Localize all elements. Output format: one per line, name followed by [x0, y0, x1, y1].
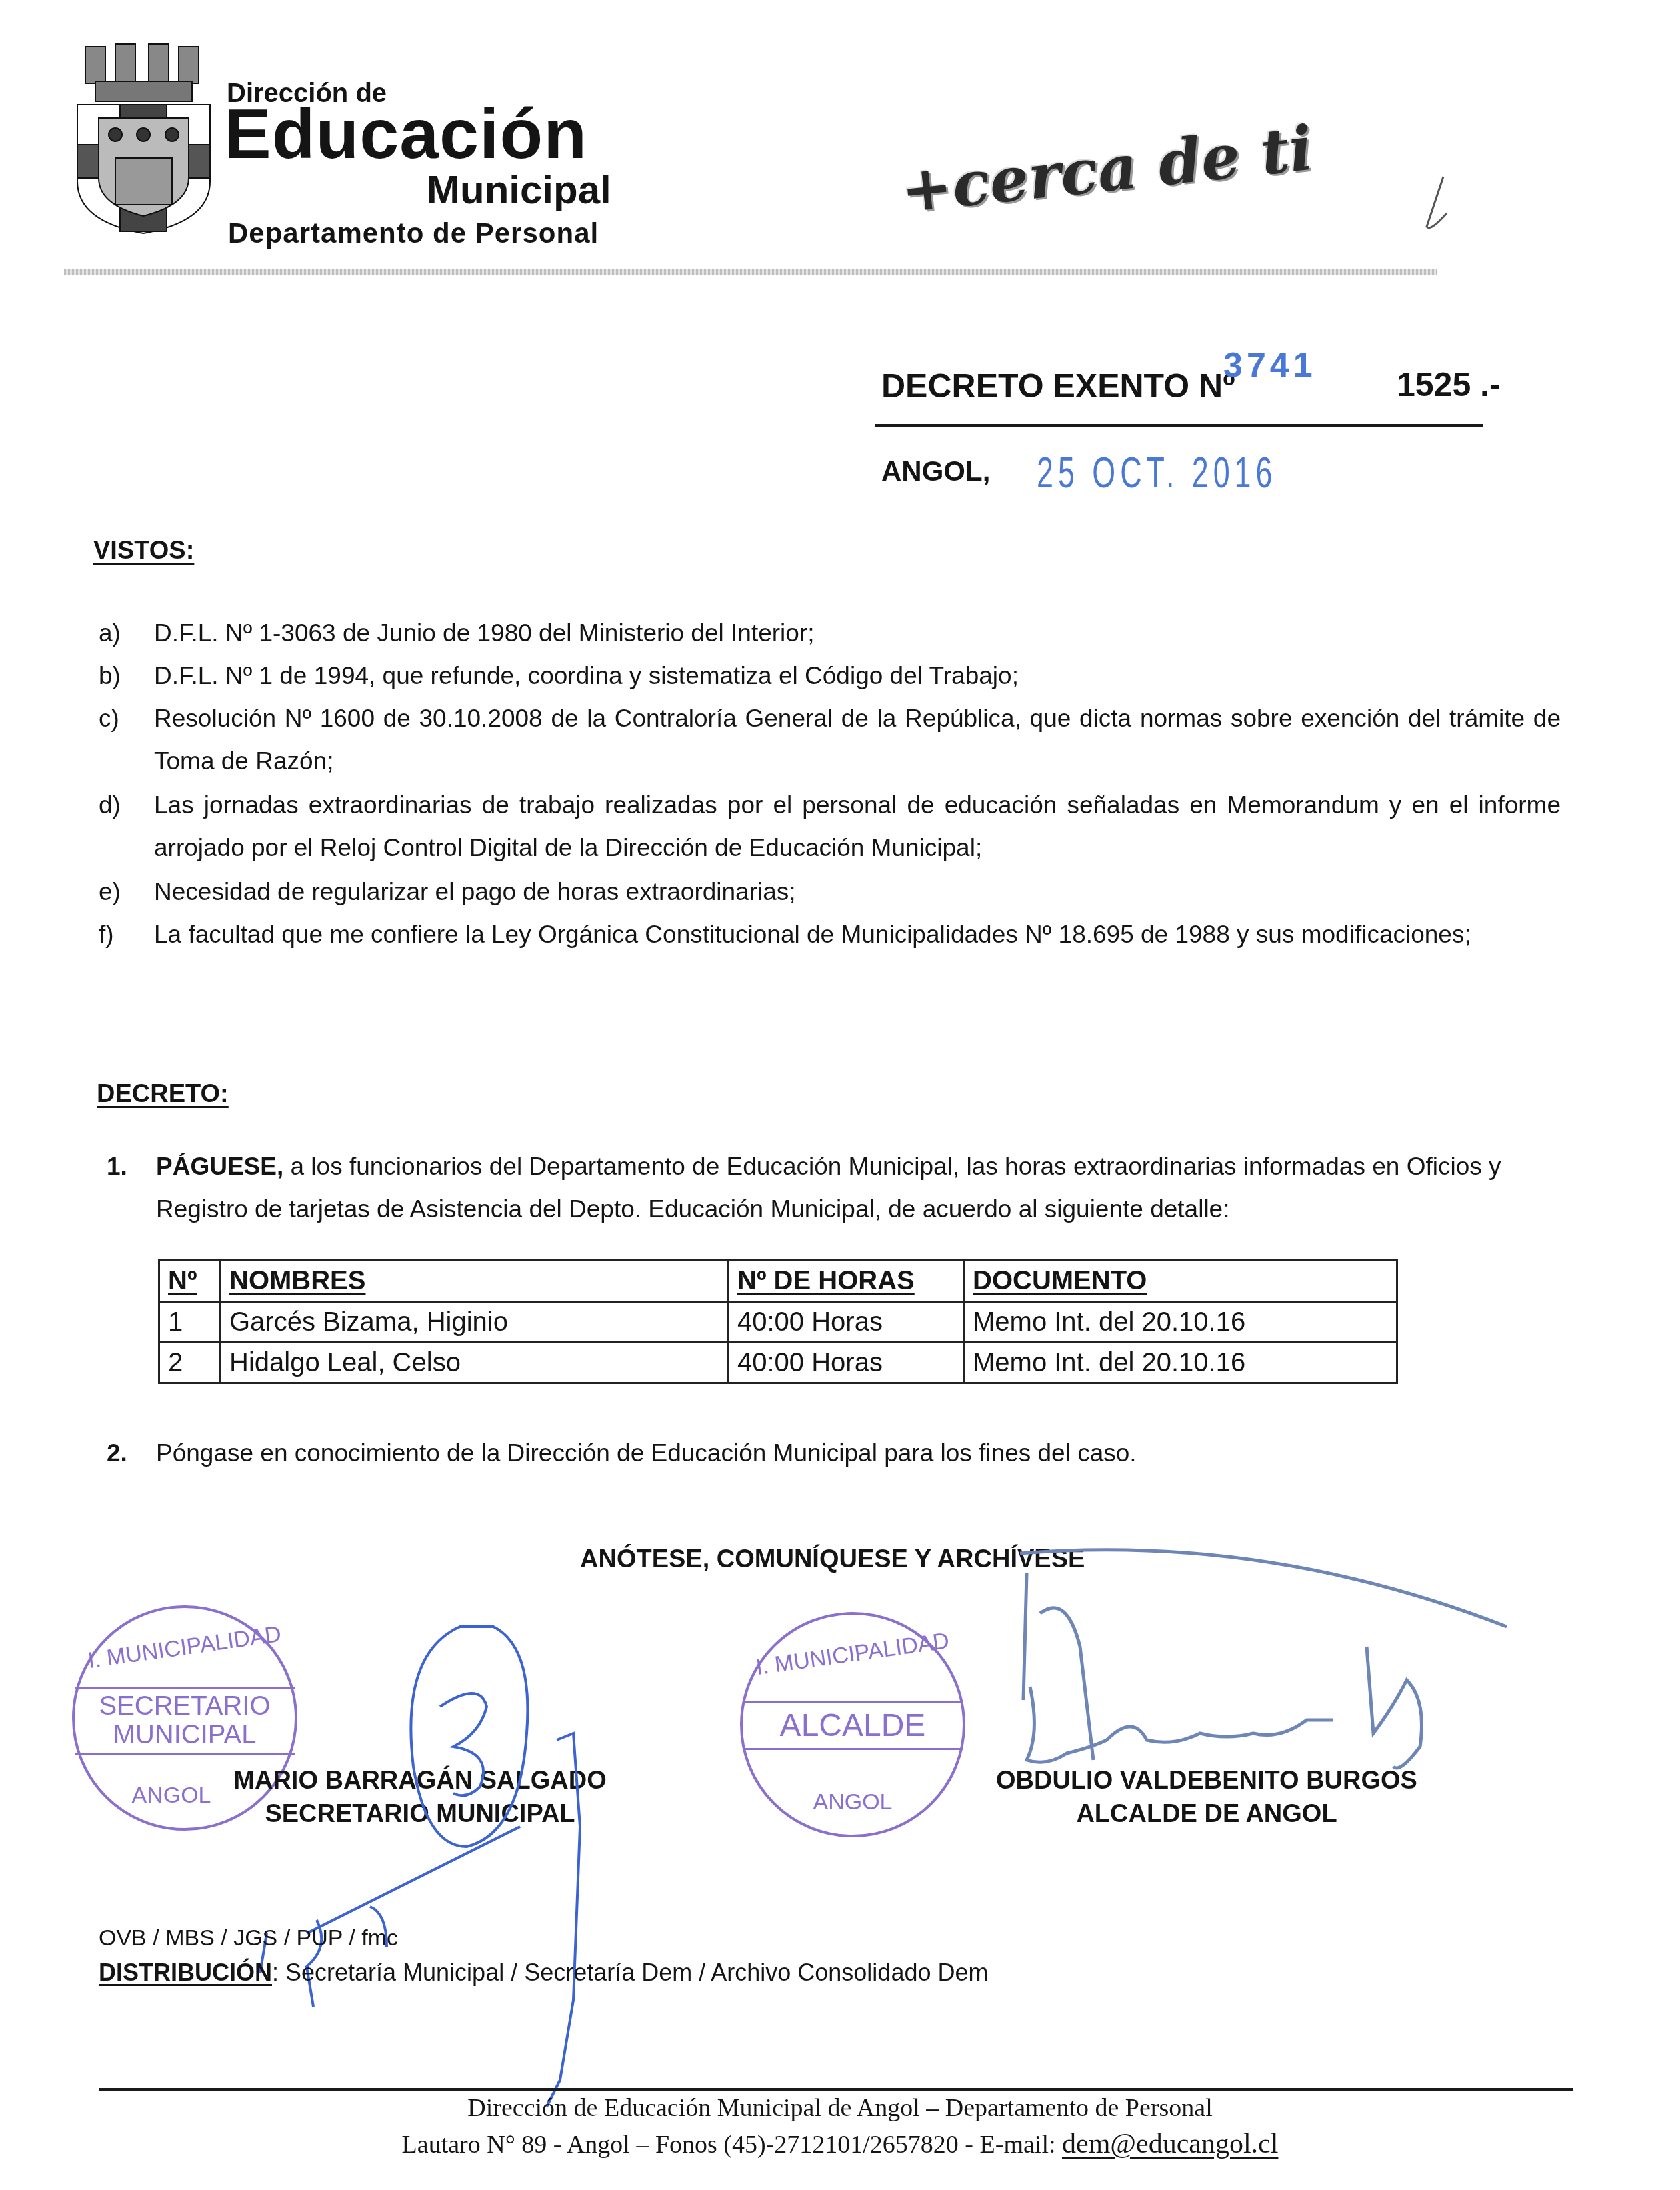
slogan-logo: +cerca de ti: [897, 112, 1316, 227]
cell-document: Memo Int. del 20.10.16: [964, 1302, 1397, 1343]
item-letter: f): [99, 913, 114, 956]
coat-of-arms-icon: [72, 41, 215, 235]
cell-document: Memo Int. del 20.10.16: [964, 1343, 1397, 1383]
item-letter: d): [99, 784, 121, 827]
footer-address: Lautaro N° 89 - Angol – Fonos (45)-27121…: [402, 2131, 1062, 2159]
seal-top-text: I. MUNICIPALIDAD: [74, 1619, 295, 1676]
cell-number: 2: [159, 1343, 221, 1383]
point-number: 2.: [107, 1432, 127, 1475]
header-department: Departamento de Personal: [228, 217, 599, 249]
stamped-number: 3741: [1223, 345, 1317, 385]
footer-divider: [99, 2088, 1573, 2091]
column-header: Nº DE HORAS: [729, 1260, 964, 1302]
table-row: 1 Garcés Bizama, Higinio 40:00 Horas Mem…: [159, 1302, 1397, 1343]
cell-name: Hidalgo Leal, Celso: [221, 1343, 729, 1383]
point-keyword: PÁGUESE,: [156, 1153, 283, 1180]
decree-underline: [875, 424, 1483, 427]
footer-line-1: Dirección de Educación Municipal de Ango…: [0, 2093, 1680, 2123]
table-row: 2 Hidalgo Leal, Celso 40:00 Horas Memo I…: [159, 1343, 1397, 1383]
distribution-text: : Secretaría Municipal / Secretaría Dem …: [272, 1959, 988, 1986]
city-label: ANGOL,: [881, 455, 990, 487]
overtime-table: Nº NOMBRES Nº DE HORAS DOCUMENTO 1 Garcé…: [158, 1259, 1398, 1384]
seal-alcalde: I. MUNICIPALIDAD ALCALDE ANGOL: [740, 1612, 965, 1837]
header-line-3: Municipal: [427, 167, 611, 213]
seal-bottom-text: ANGOL: [743, 1789, 963, 1815]
point-text: a los funcionarios del Departamento de E…: [156, 1153, 1501, 1223]
closing-formula: ANÓTESE, COMUNÍQUESE Y ARCHÍVESE: [580, 1545, 1085, 1574]
column-header: DOCUMENTO: [964, 1260, 1397, 1302]
footer-line-2: Lautaro N° 89 - Angol – Fonos (45)-27121…: [0, 2128, 1680, 2160]
seal-mid-text: SECRETARIO: [75, 1687, 295, 1721]
cell-number: 1: [159, 1302, 221, 1343]
column-header: NOMBRES: [221, 1260, 729, 1302]
column-header: Nº: [159, 1260, 221, 1302]
handwritten-signatures: [0, 0, 1680, 2190]
item-text: D.F.L. Nº 1 de 1994, que refunde, coordi…: [154, 655, 1561, 697]
item-text: La facultad que me confiere la Ley Orgán…: [154, 913, 1561, 956]
signer-title-secretario: SECRETARIO MUNICIPAL: [220, 1800, 620, 1829]
header-title: Educación: [224, 99, 587, 169]
seal-top-text: I. MUNICIPALIDAD: [742, 1626, 963, 1683]
distribution: DISTRIBUCIÓN: Secretaría Municipal / Sec…: [99, 1959, 988, 1987]
signer-name-alcalde: OBDULIO VALDEBENITO BURGOS: [980, 1767, 1433, 1795]
seal-secretario: I. MUNICIPALIDAD SECRETARIO MUNICIPAL AN…: [72, 1605, 297, 1831]
seal-mid-text-2: MUNICIPAL: [75, 1720, 295, 1755]
signer-title-alcalde: ALCALDE DE ANGOL: [980, 1800, 1433, 1829]
seal-mid-text: ALCALDE: [743, 1701, 963, 1750]
table-header-row: Nº NOMBRES Nº DE HORAS DOCUMENTO: [159, 1260, 1397, 1302]
footer-email-link[interactable]: dem@educangol.cl: [1062, 2129, 1278, 2159]
stamped-date: 25 OCT. 2016: [1037, 448, 1277, 497]
header-divider: [64, 269, 1437, 275]
decree-number: 1525 .-: [1397, 365, 1501, 404]
cell-hours: 40:00 Horas: [729, 1343, 964, 1383]
vistos-heading: VISTOS:: [93, 537, 194, 565]
signer-name-secretario: MARIO BARRAGÁN SALGADO: [220, 1767, 620, 1795]
point-number: 1.: [107, 1145, 127, 1188]
signature-right-stroke: [1020, 1550, 1507, 1627]
item-text: D.F.L. Nº 1-3063 de Junio de 1980 del Mi…: [154, 612, 1561, 655]
handwritten-mark-icon: [1413, 173, 1453, 233]
point-text: Póngase en conocimiento de la Dirección …: [156, 1432, 1137, 1475]
item-letter: c): [99, 697, 119, 740]
item-text: Resolución Nº 1600 de 30.10.2008 de la C…: [154, 697, 1561, 783]
decreto-heading: DECRETO:: [97, 1080, 229, 1109]
item-text: Las jornadas extraordinarias de trabajo …: [154, 784, 1561, 869]
distribution-label: DISTRIBUCIÓN: [99, 1959, 272, 1986]
decree-label: DECRETO EXENTO Nº: [881, 367, 1235, 405]
item-letter: a): [99, 612, 121, 655]
item-letter: e): [99, 871, 121, 913]
item-letter: b): [99, 655, 121, 697]
item-text: Necesidad de regularizar el pago de hora…: [154, 871, 1561, 913]
cell-name: Garcés Bizama, Higinio: [221, 1302, 729, 1343]
cell-hours: 40:00 Horas: [729, 1302, 964, 1343]
initials: OVB / MBS / JGS / PUP / fmc: [99, 1925, 398, 1951]
